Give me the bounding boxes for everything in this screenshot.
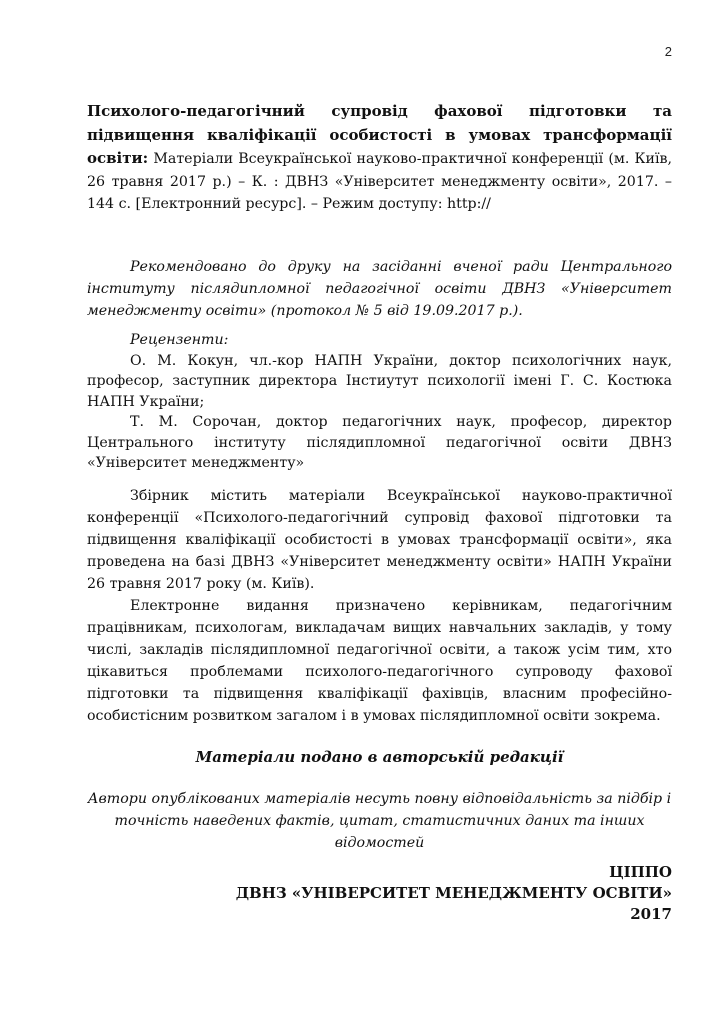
publisher-imprint: ЦІППО ДВНЗ «УНІВЕРСИТЕТ МЕНЕДЖМЕНТУ ОСВІ…	[236, 862, 672, 925]
citation-details: Матеріали Всеукраїнської науково-практич…	[87, 151, 672, 212]
edition-note: Матеріали подано в авторській редакції	[87, 748, 672, 766]
imprint-org-short: ЦІППО	[236, 862, 672, 883]
reviewer-item: О. М. Кокун, чл.-кор НАПН України, докто…	[87, 351, 672, 413]
collection-description: Збірник містить матеріали Всеукраїнської…	[87, 485, 672, 727]
imprint-year: 2017	[236, 904, 672, 925]
reviewers-section: Рецензенти: О. М. Кокун, чл.-кор НАПН Ук…	[87, 330, 672, 474]
disclaimer-line: точність наведених фактів, цитат, статис…	[87, 810, 672, 854]
description-paragraph: Електронне видання призначено керівникам…	[87, 595, 672, 727]
citation-paragraph: Психолого-педагогічний супровід фахової …	[87, 100, 672, 216]
publication-recommendation: Рекомендовано до друку на засіданні вчен…	[87, 256, 672, 322]
imprint-org-full: ДВНЗ «УНІВЕРСИТЕТ МЕНЕДЖМЕНТУ ОСВІТИ»	[236, 883, 672, 904]
disclaimer-line: Автори опублікованих матеріалів несуть п…	[87, 788, 672, 810]
author-disclaimer: Автори опублікованих матеріалів несуть п…	[87, 788, 672, 854]
reviewer-item: Т. М. Сорочан, доктор педагогічних наук,…	[87, 412, 672, 474]
page-number: 2	[665, 44, 672, 59]
recommendation-text: Рекомендовано до друку на засіданні вчен…	[87, 256, 672, 322]
description-paragraph: Збірник містить матеріали Всеукраїнської…	[87, 485, 672, 595]
reviewers-label: Рецензенти:	[87, 330, 672, 351]
bibliographic-citation: Психолого-педагогічний супровід фахової …	[87, 100, 672, 216]
